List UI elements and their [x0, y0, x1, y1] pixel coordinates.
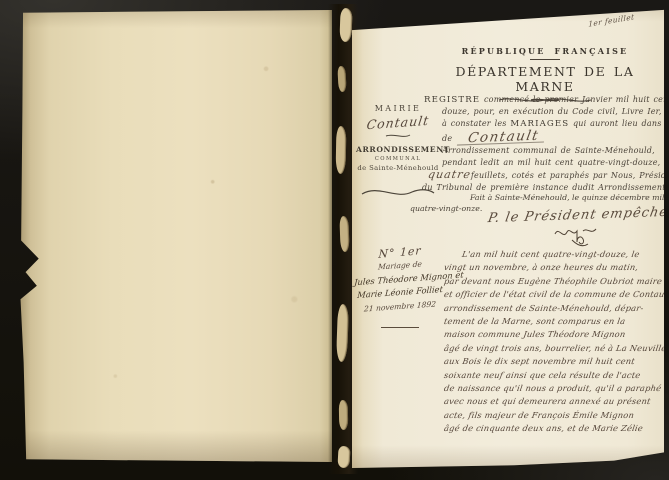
- republique-title: RÉPUBLIQUE FRANÇAISE: [430, 46, 660, 56]
- torn-page-stub: [337, 66, 346, 92]
- sous-prefecture-label: de Sainte-Ménehould: [356, 164, 440, 172]
- mairie-stamp-block: MAIRIE Contault ARRONDISSEMENT COMMUNAL …: [356, 104, 440, 200]
- act-line: de naissance qu'il nous a produit, qu'il…: [443, 382, 665, 395]
- registre-line: deContault: [442, 131, 666, 145]
- act-line: tement de la Marne, sont comparus en la: [443, 315, 665, 328]
- margin-note-block: N° 1er Mariage deJules Théodore Mignon e…: [354, 246, 446, 328]
- handwritten-insert: Contault: [457, 129, 546, 145]
- act-line: arrondissement de Sainte-Ménehould, dépa…: [443, 302, 665, 315]
- registre-line: à constater les MARIAGES qui auront lieu…: [442, 118, 666, 130]
- scanned-register-photo: 1er feuillet RÉPUBLIQUE FRANÇAISE DÉPART…: [0, 0, 669, 480]
- attestation-line: Fait à Sainte-Ménehould, le quinze décem…: [410, 192, 662, 203]
- printed-text: de: [442, 134, 452, 143]
- registre-line: Arrondissement communal de Sainte-Méneho…: [442, 145, 666, 157]
- right-register-page: 1er feuillet RÉPUBLIQUE FRANÇAISE DÉPART…: [352, 8, 664, 468]
- left-blank-page: [18, 10, 332, 462]
- act-line: par devant nous Eugène Théophile Oubriot…: [443, 275, 665, 288]
- printed-text: douze, pour, en exécution du Code civil,…: [442, 107, 669, 116]
- act-line: aux Bois le dix sept novembre mil huit c…: [443, 355, 665, 368]
- printed-text: qui auront lieu dans la commune: [569, 119, 669, 128]
- feuillet-annotation: 1er feuillet: [588, 12, 634, 28]
- registre-line: REGISTRE commencé le premier Janvier mil…: [424, 94, 666, 106]
- printed-text: Arrondissement communal de Sainte-Méneho…: [442, 146, 655, 155]
- torn-page-stub: [336, 304, 349, 362]
- printed-text: feuillets, cotés et paraphés par Nous, P…: [471, 171, 669, 180]
- act-line: âgé de vingt trois ans, bourrelier, né à…: [443, 342, 665, 355]
- divider-rule: [530, 59, 560, 60]
- small-flourish: [385, 132, 411, 140]
- torn-page-stub: [339, 8, 352, 42]
- act-line: L'an mil huit cent quatre-vingt-douze, l…: [443, 248, 665, 261]
- act-body-text: L'an mil huit cent quatre-vingt-douze, l…: [444, 248, 664, 436]
- act-line: et officier de l'état civil de la commun…: [443, 288, 665, 301]
- arrondissement-label: ARRONDISSEMENT: [356, 145, 440, 154]
- registre-line: pendant ledit an mil huit cent quatre-vi…: [442, 157, 666, 169]
- printed-text: commencé le premier Janvier mil huit cen…: [484, 95, 669, 104]
- departement-title: DÉPARTEMENT DE LA MARNE: [430, 64, 660, 94]
- registre-line: quatre feuillets, cotés et paraphés par …: [428, 169, 666, 182]
- registre-line: douze, pour, en exécution du Code civil,…: [442, 106, 666, 118]
- act-line: soixante neuf ainsi que cela résulte de …: [443, 369, 665, 382]
- act-line: âgé de cinquante deux ans, et de Marie Z…: [443, 422, 665, 435]
- margin-note-rule: [381, 327, 419, 328]
- torn-page-stub: [339, 400, 349, 430]
- margin-note-lines: Mariage deJules Théodore Mignon etMarie …: [354, 259, 446, 313]
- act-line: acte, fils majeur de François Émile Mign…: [443, 409, 665, 422]
- act-line: vingt un novembre, à onze heures du mati…: [443, 261, 665, 274]
- torn-page-stub: [337, 446, 350, 469]
- torn-page-stub: [339, 216, 349, 252]
- act-line: avec nous et qui demeurera annexé au pré…: [443, 395, 665, 408]
- printed-text: pendant ledit an mil huit cent quatre-vi…: [442, 158, 669, 167]
- printed-text: à constater les: [442, 119, 510, 128]
- torn-page-stub: [336, 126, 347, 174]
- stamp-flourish-icon: [360, 186, 436, 200]
- registre-paragraph: REGISTRE commencé le premier Janvier mil…: [424, 94, 666, 195]
- mairie-label: MAIRIE: [356, 104, 440, 113]
- signature-scribble-icon: [552, 224, 598, 250]
- act-line: maison commune Jules Théodore Mignon: [443, 328, 665, 341]
- commune-handwritten: Contault: [355, 112, 441, 133]
- communal-label: COMMUNAL: [356, 156, 440, 162]
